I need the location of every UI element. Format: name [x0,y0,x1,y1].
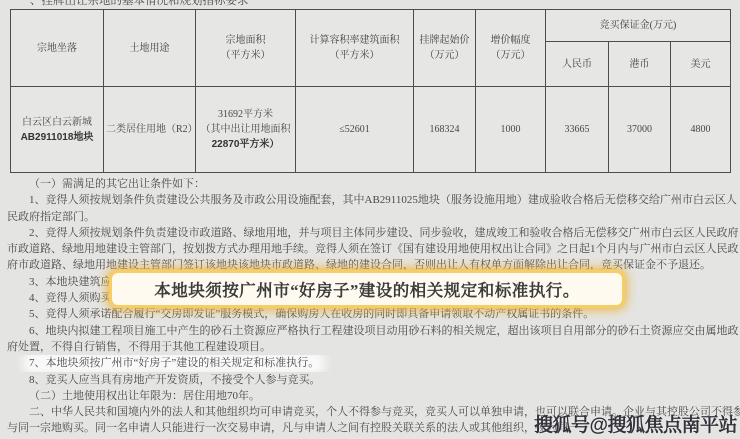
condition-line: 民政府指定部门。 [7,209,740,225]
cell-location-line1: 白云区白云新城 [13,115,101,130]
col-header-location: 宗地坐落 [11,10,104,87]
col-header-parcel-area-line2: （平方米） [198,48,293,63]
col-header-increment-line2: （万元） [478,48,543,63]
cell-location-line2: AB2911018地块 [13,130,101,145]
cell-parcel-area-line1: 31692平方米 [198,107,293,122]
col-header-parcel-area: 宗地面积 （平方米） [196,10,296,87]
cell-deposit-rmb: 33665 [546,87,609,173]
land-parcel-table: 宗地坐落 土地用途 宗地面积 （平方米） 计算容积率建筑面积 （平方米） 挂牌起… [10,9,731,173]
cell-location: 白云区白云新城 AB2911018地块 [11,87,104,173]
condition-line: 府市政道路、绿地用地建设主管部门签订该地块该地块市政道路、绿地的建设合同，否则出… [7,257,740,273]
col-header-deposit-hkd: 港币 [609,42,671,87]
condition-line: 8、竞买人应当具有房地产开发资质，不接受个人参与竞买。 [7,372,740,388]
col-header-start-price: 挂牌起始价 （万元） [414,10,476,87]
condition-line: （一）需满足的其它出让条件如下： [7,176,740,192]
col-header-floor-area: 计算容积率建筑面积 （平方米） [296,10,414,87]
sohu-watermark: 搜狐号@搜狐焦点南平站 [534,410,737,437]
condition-line: 府处置，不得自行销售，不得用于其他工程建设项目。 [7,339,740,355]
cell-increment: 1000 [476,87,546,173]
cell-parcel-area: 31692平方米 （其中出让用地面积 22870平方米） [196,87,296,173]
table-row: 白云区白云新城 AB2911018地块 二类居住用地（R2） 31692平方米 … [11,87,731,173]
condition-line: 6、地块内拟建工程项目施工中产生的砂石土资源应严格执行工程建设项目动用砂石料的相… [7,323,740,339]
condition-line: 2、竞得人须按规划条件负责建设市政道路、绿地用地，并与项目主体同步建设、同步验收… [7,225,740,241]
cell-deposit-hkd: 37000 [609,87,671,173]
condition-line: 市政道路、绿地用地建设主管部门，按划拨方式办理用地手续。竞得人须在签订《国有建设… [7,241,740,257]
col-header-start-price-line1: 挂牌起始价 [416,33,473,48]
col-header-increment-line1: 增价幅度 [478,33,543,48]
condition-line: 5、竞得人须承诺配合履行“交房即发证”服务模式，确保购房人在收房的同时即具备申请… [7,306,740,322]
cell-parcel-area-line3: 22870平方米） [198,137,293,152]
cell-start-price: 168324 [414,87,476,173]
highlight-callout-good-house: 本地块须按广州市“好房子”建设的相关规定和标准执行。 [112,273,622,305]
col-header-start-price-line2: （万元） [416,48,473,63]
col-header-parcel-area-line1: 宗地面积 [198,33,293,48]
condition-line-good-house: 7、本地块须按广州市“好房子”建设的相关规定和标准执行。 [7,355,740,371]
cell-deposit-usd: 4800 [671,87,731,173]
col-header-land-use: 土地用途 [104,10,196,87]
cell-land-use: 二类居住用地（R2） [104,87,196,173]
conditions-text-block: （一）需满足的其它出让条件如下： 1、竞得人须按规划条件负责建设公共服务及市政公… [7,176,740,437]
col-header-increment: 增价幅度 （万元） [476,10,546,87]
col-header-deposit-rmb: 人民币 [546,42,609,87]
section-heading-clipped: 、挂牌出让宗地的基本情况和规划指标要求 [30,0,249,8]
col-header-deposit-usd: 美元 [671,42,731,87]
col-header-floor-area-line2: （平方米） [298,48,411,63]
condition-line-good-house-text: 7、本地块须按广州市“好房子”建设的相关规定和标准执行。 [29,357,319,369]
land-auction-document: { "document": { "top_clipped_line": "、挂牌… [0,0,740,439]
col-header-floor-area-line1: 计算容积率建筑面积 [298,33,411,48]
cell-parcel-area-line2: （其中出让用地面积 [198,122,293,137]
col-header-deposit-group: 竞买保证金(万元) [546,10,731,42]
cell-floor-area: ≤52601 [296,87,414,173]
condition-line: （二）土地使用权出让年限为：居住用地70年。 [7,388,740,404]
condition-line: 1、竞得人须按规划条件负责建设公共服务及市政公用设施配套，其中AB2911025… [7,192,740,208]
